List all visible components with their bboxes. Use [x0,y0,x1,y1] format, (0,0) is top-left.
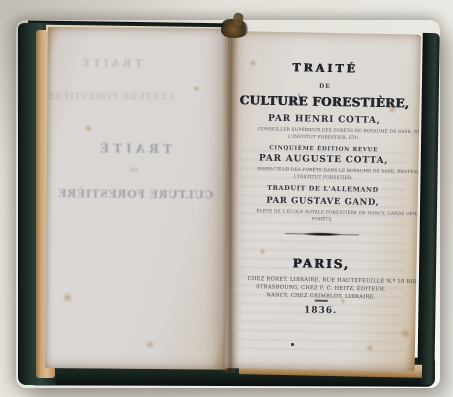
title-de-word: DE [233,81,417,92]
left-page: TRAITÉ CULTURE FORESTIÈRE TRAITÉ DE CULT… [45,27,230,370]
foxing-spot [145,340,155,349]
imprint-divider-dash [315,300,328,302]
author-line: PAR HENRI COTTA, [232,113,416,127]
photo-background: TRAITÉ CULTURE FORESTIÈRE TRAITÉ DE CULT… [0,0,453,397]
showthrough-subtitle-lower: CULTURE FORESTIÈRE [45,187,227,202]
foxing-spot [259,248,266,255]
title-page: TRAITÉ DE CULTURE FORESTIÈRE, PAR HENRI … [225,31,421,372]
showthrough-title-upper: TRAITÉ [45,57,202,71]
dark-speck [291,343,294,346]
foxing-spot [62,292,73,303]
showthrough-de-lower: DE [45,167,225,175]
foxing-spot [193,85,200,92]
foxing-spot [400,328,411,339]
foxing-spot [84,124,93,133]
gutter-crease [222,25,239,373]
showthrough-subtitle-upper: CULTURE FORESTIÈRE [45,91,201,104]
author-credentials-line-2: L'INSTITUT FORESTIER, ETC. [258,134,391,142]
foxing-spot [340,298,346,304]
foxing-spot [388,105,397,114]
foxing-spot [366,344,374,352]
foxing-spot [249,59,257,67]
showthrough-title-lower: TRAITÉ [45,141,225,157]
book-title: TRAITÉ [233,60,417,77]
